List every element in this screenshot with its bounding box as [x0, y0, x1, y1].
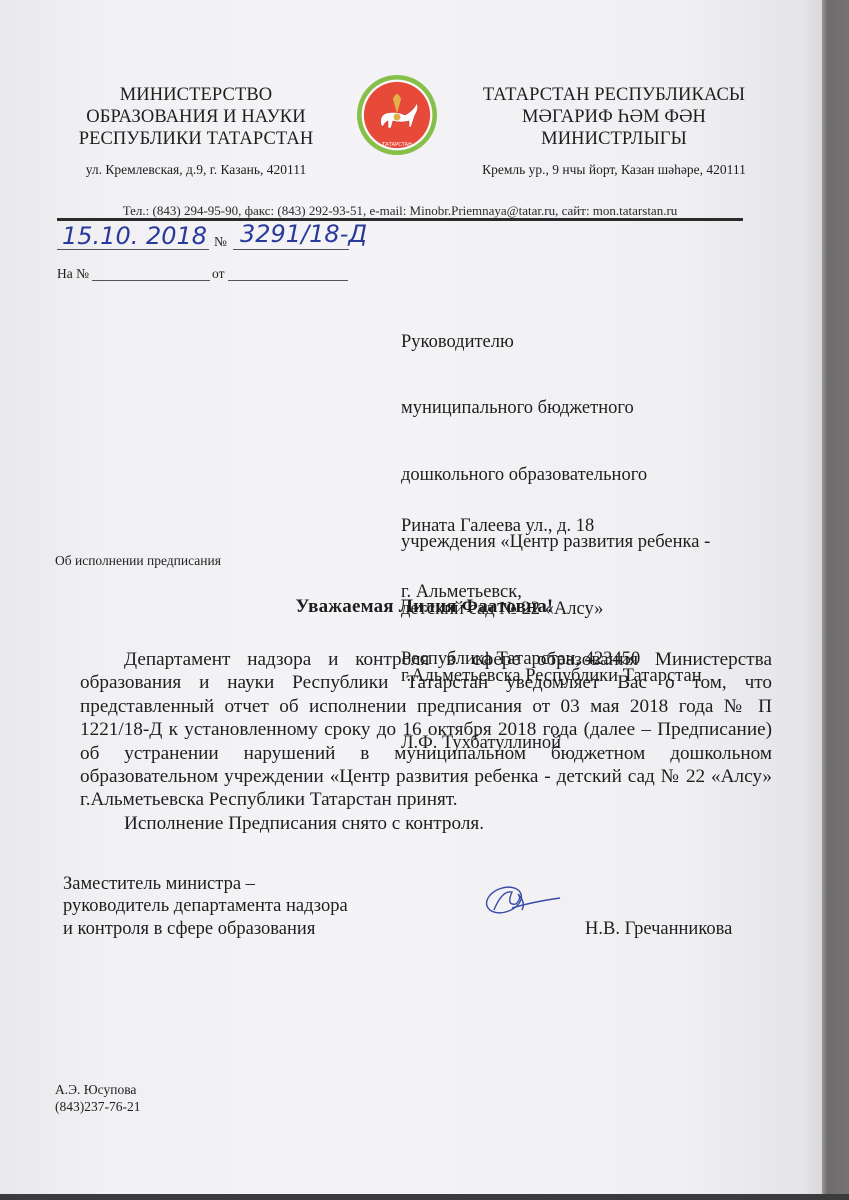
outgoing-number: 3291/18-Д	[240, 220, 367, 248]
letter-body: Департамент надзора и контроля в сфере о…	[80, 648, 772, 835]
letterhead-left: МИНИСТЕРСТВО ОБРАЗОВАНИЯ И НАУКИ РЕСПУБЛ…	[60, 84, 332, 150]
executor-phone: (843)237-76-21	[55, 1098, 140, 1115]
ministry-address-tat: Кремль ур., 9 нчы йорт, Казан шәһәре, 42…	[466, 162, 762, 178]
reply-from-label: от	[212, 266, 224, 282]
reply-to-label: На №	[57, 266, 89, 282]
header-rule	[57, 218, 743, 221]
scan-bottom-edge	[0, 1194, 849, 1200]
ministry-address: ул. Кремлевская, д.9, г. Казань, 420111	[60, 162, 332, 178]
postal-line: Рината Галеева ул., д. 18	[401, 515, 640, 537]
number-underline	[233, 249, 349, 250]
ministry-name-line: ОБРАЗОВАНИЯ И НАУКИ	[60, 106, 332, 128]
ministry-contacts: Тел.: (843) 294-95-90, факс: (843) 292-9…	[57, 203, 743, 219]
ministry-name-line: МИНИСТЕРСТВО	[60, 84, 332, 106]
signatory-name: Н.В. Гречанникова	[585, 918, 732, 940]
addressee-line: Руководителю	[401, 331, 710, 353]
greeting: Уважаемая Лилия Фаатовна!	[0, 596, 849, 618]
executor-name: А.Э. Юсупова	[55, 1081, 136, 1098]
letter-subject: Об исполнении предписания	[55, 553, 221, 569]
date-underline	[57, 249, 209, 250]
body-paragraph: Исполнение Предписания снято с контроля.	[80, 812, 772, 835]
body-paragraph: Департамент надзора и контроля в сфере о…	[80, 648, 772, 812]
letterhead-right: ТАТАРСТАН РЕСПУБЛИКАСЫ МӘГАРИФ ҺӘМ ФӘН М…	[466, 84, 762, 150]
ministry-name-tat-line: МИНИСТРЛЫГЫ	[466, 128, 762, 150]
reply-from-underline	[228, 280, 348, 281]
reply-to-underline	[92, 280, 210, 281]
handwritten-signature-icon	[482, 880, 552, 925]
number-label: №	[214, 234, 227, 250]
svg-text:ТАТАРСТАН: ТАТАРСТАН	[381, 142, 412, 148]
ministry-name-tat-line: ТАТАРСТАН РЕСПУБЛИКАСЫ	[466, 84, 762, 106]
signatory-position: Заместитель министра – руководитель депа…	[63, 873, 348, 940]
ministry-name-tat-line: МӘГАРИФ ҺӘМ ФӘН	[466, 106, 762, 128]
tatarstan-coat-of-arms-icon: ТАТАРСТАН	[357, 75, 437, 155]
addressee-line: муниципального бюджетного	[401, 397, 710, 419]
ministry-name-line: РЕСПУБЛИКИ ТАТАРСТАН	[60, 128, 332, 150]
outgoing-date: 15.10. 2018	[62, 222, 207, 250]
